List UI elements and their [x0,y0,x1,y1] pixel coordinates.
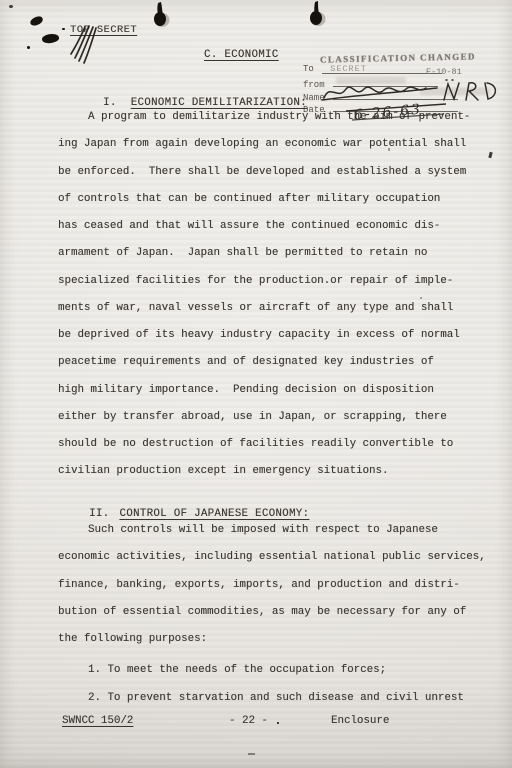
section-2-body: Such controls will be imposed with respe… [58,517,498,712]
ink-blot [29,15,44,27]
classification-text: TOP SECRET [70,24,137,36]
document-page: TOP SECRET C. ECONOMIC CLASSIFICATION CH… [0,0,512,768]
stamp-to-row: To SECRET [303,64,442,74]
ink-blot [9,5,13,8]
text-line: armament of Japan. Japan shall be permit… [58,240,488,267]
text-line: A program to demilitarize industry with … [58,104,488,131]
scan-speck [488,152,492,159]
page-heading: C. ECONOMIC [204,49,279,61]
text-line: civilian production except in emergency … [58,458,488,485]
text-line: be deprived of its heavy industry capaci… [58,322,488,349]
scan-speck [388,148,390,151]
text-line: economic activities, including essential… [58,544,498,571]
ink-blot [41,32,59,44]
text-line: Such controls will be imposed with respe… [58,517,498,544]
stamp-to-value: SECRET [330,64,367,74]
footer-doc-number: SWNCC 150/2 [62,715,133,727]
text-line: be enforced. There shall be developed an… [58,159,488,186]
stamp-name-line [333,90,458,100]
ink-blot [27,46,30,49]
text-line: bution of essential commodities, as may … [58,599,498,626]
text-line: the following purposes: [58,626,498,653]
stamp-to-line: SECRET [322,64,442,74]
text-line: specialized facilities for the productio… [58,268,488,295]
illegible-smudge [336,77,406,84]
scan-speck [248,753,255,755]
text-line: has ceased and that will assure the cont… [58,213,488,240]
stamp-ref-number: E-10-81 [426,67,462,77]
section-1-body: A program to demilitarize industry with … [58,104,488,486]
staple-mark-right [304,0,330,34]
classification-banner: TOP SECRET [70,24,137,36]
text-line: of controls that can be continued after … [58,186,488,213]
staple-mark-left [148,0,174,34]
footer-enclosure-label: Enclosure [331,715,389,727]
text-line: finance, banking, exports, imports, and … [58,572,498,599]
ink-blot [62,28,65,30]
text-line: peacetime requirements and of designated… [58,349,488,376]
text-line: either by transfer abroad, use in Japan,… [58,404,488,431]
text-line: ments of war, naval vessels or aircraft … [58,295,488,322]
scan-speck [420,297,422,299]
text-line: high military importance. Pending decisi… [58,377,488,404]
scan-speck [277,722,279,724]
text-line: 2. To prevent starvation and such diseas… [58,685,498,712]
text-line: should be no destruction of facilities r… [58,431,488,458]
footer-page-number: - 22 - [229,715,268,727]
stamp-to-label: To [303,64,314,74]
stamp-title: CLASSIFICATION CHANGED [320,51,476,64]
text-line: ing Japan from again developing an econo… [58,131,488,158]
text-line: 1. To meet the needs of the occupation f… [58,657,498,684]
